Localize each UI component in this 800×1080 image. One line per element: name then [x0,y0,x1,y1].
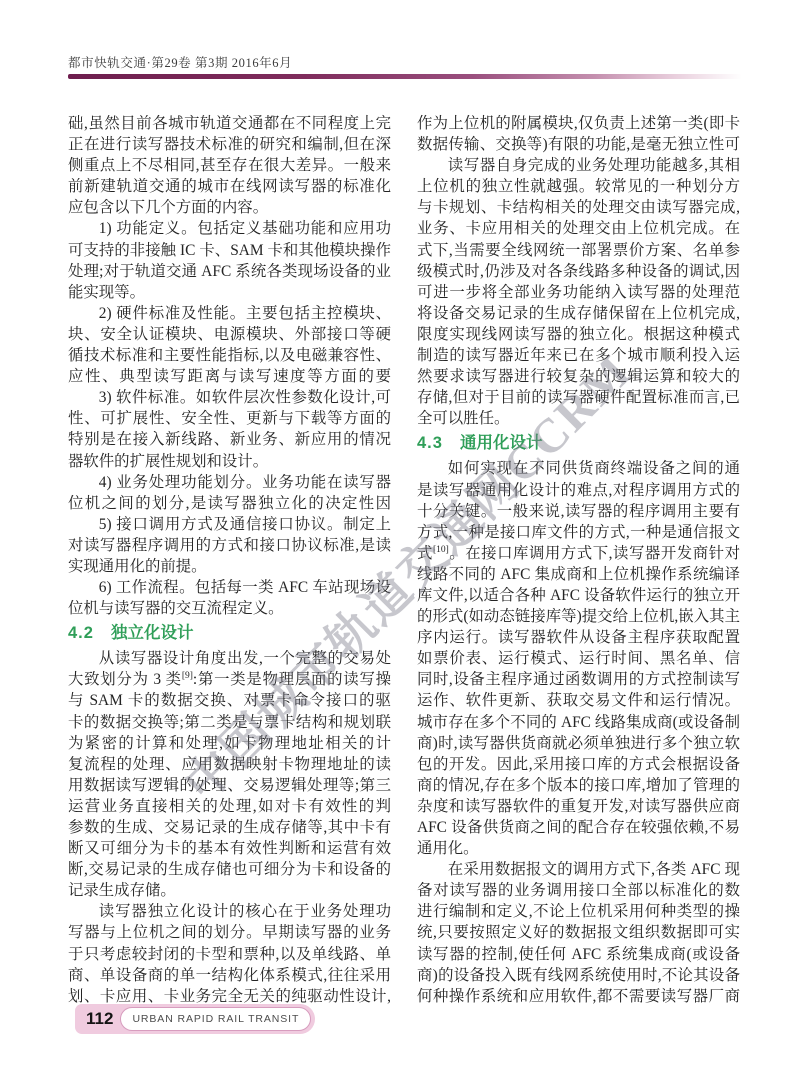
body-line: 将设备交易记录的生成存储保留在上位机完成,最大 [417,303,740,324]
body-line: 何种操作系统和应用软件,都不需要读写器厂商针对 [417,986,740,1007]
body-line: 性、可扩展性、安全性、更新与下载等方面的设计要求, [68,408,391,429]
header-rule [68,74,742,79]
body-line: 写器与上位机之间的划分。早期读写器的业务范围由 [68,922,391,943]
body-line: 限度实现线网读写器的独立化。根据这种模式设计、 [417,324,740,345]
body-line: 全可以胜任。 [417,408,740,429]
body-line: 制造的读写器近年来已在多个城市顺利投入运营,虽 [417,345,740,366]
body-line: 商)的设备投入既有线网系统使用时,不论其设备使用 [417,965,740,986]
body-line: 业务、卡应用相关的处理交由上位机完成。在这种方 [417,218,740,239]
body-line: 应包含以下几个方面的内容。 [68,197,391,218]
body-line: 断,交易记录的生成存储也可细分为卡和设备的交易 [68,859,391,880]
section-number: 4.2 [68,624,94,642]
body-line: 与卡规划、卡结构相关的处理交由读写器完成,将与卡 [417,197,740,218]
body-line: 然要求读写器进行较复杂的逻辑运算和较大的数据量 [417,366,740,387]
section-title: 通用化设计 [460,434,543,452]
body-line: 侧重点上不尽相同,甚至存在很大差异。一般来说,目 [68,155,391,176]
body-line: 对读写器程序调用的方式和接口协议标准,是读写器 [68,535,391,556]
body-line: 可支持的非接触 IC 卡、SAM 卡和其他模块操作及应用 [68,240,391,261]
body-line: 大致划分为 3 类[9]:第一类是物理层面的读写操作,如 [68,669,391,690]
body-line: 能实现等。 [68,282,391,303]
body-line: 与 SAM 卡的数据交换、对票卡命令接口的驱动、与票 [68,690,391,711]
body-line: 5) 接口调用方式及通信接口协议。制定上位机 [68,514,391,535]
body-line: 卡的数据交换等;第二类是与票卡结构和规划联系较 [68,712,391,733]
body-line: 为紧密的计算和处理,如卡物理地址相关的计算、卡恢 [68,733,391,754]
body-line: 4) 业务处理功能划分。业务功能在读写器与上 [68,472,391,493]
body-line: 如票价表、运行模式、运行时间、黑名单、信用许可等, [417,648,740,669]
body-line: 3) 软件标准。如软件层次性参数化设计,可移植 [68,387,391,408]
body-line: 2) 硬件标准及性能。主要包括主控模块、射频模 [68,303,391,324]
body-line: 是读写器通用化设计的难点,对程序调用方式的选择 [417,480,740,501]
body-line: 作为上位机的附属模块,仅负责上述第一类(即卡协议 [417,113,740,134]
body-line: 循技术标准和主要性能指标,以及电磁兼容性、环境适 [68,345,391,366]
body-line: 同时,设备主程序通过函数调用的方式控制读写器的 [417,669,740,690]
body-line: 商)时,读写器供货商就必须单独进行多个独立软件 [417,733,740,754]
body-line: 序内运行。读写器软件从设备主程序获取配置参数, [417,627,740,648]
body-line: 商的情况,存在多个版本的接口库,增加了管理的复 [417,775,740,796]
body-line: 商、单设备商的单一结构化体系模式,往往采用与卡规 [68,965,391,986]
body-line: 统,只要按照定义好的数据报文组织数据即可实现对 [417,922,740,943]
journal-header-line: 都市快轨交通·第29卷 第3期 2016年6月 [68,53,292,71]
body-line: 器软件的扩展性规划和设计。 [68,451,391,472]
body-line: 读写器独立化设计的核心在于业务处理功能在读 [68,901,391,922]
body-line: 正在进行读写器技术标准的研究和编制,但在深度和 [68,134,391,155]
body-line: 杂度和读写器软件的重复开发,对读写器供应商与 [417,796,740,817]
body-line: 的形式(如动态链接库等)提交给上位机,嵌入其主程 [417,606,740,627]
body-line: 运营业务直接相关的处理,如对卡有效性的判断、交易 [68,796,391,817]
body-line: 十分关键。一般来说,读写器的程序调用主要有两种 [417,501,740,522]
body-line: 位机之间的划分,是读写器独立化的决定性因素。 [68,493,391,514]
body-line: 通用化。 [417,838,740,859]
body-line: 应性、典型读写距离与读写速度等方面的要求。 [68,366,391,387]
body-line: 参数的生成、交易记录的生成存储等,其中卡有效性判 [68,817,391,838]
body-line: 前新建轨道交通的城市在线网读写器的标准化设计上 [68,176,391,197]
body-line: 数据传输、交换等)有限的功能,是毫无独立性可言的。 [417,134,740,155]
body-line: 特别是在接入新线路、新业务、新应用的情况下,读写 [68,429,391,450]
body-line: 进行编制和定义,不论上位机采用何种类型的操作系 [417,901,740,922]
section-number: 4.3 [417,434,443,452]
body-line: 1) 功能定义。包括定义基础功能和应用功能,如 [68,218,391,239]
body-line: 包的开发。因此,采用接口库的方式会根据设备供应 [417,754,740,775]
body-line: 处理;对于轨道交通 AFC 系统各类现场设备的业务功 [68,261,391,282]
body-line: 用数据读写逻辑的处理、交易逻辑处理等;第三类是与 [68,775,391,796]
body-line: 式下,当需要全线网统一部署票价方案、名单参数、降 [417,240,740,261]
body-line: AFC 设备供货商之间的配合存在较强依赖,不易实现 [417,817,740,838]
body-line: 城市存在多个不同的 AFC 线路集成商(或设备制造 [417,712,740,733]
body-line: 块、安全认证模块、电源模块、外部接口等硬件配置,遵 [68,324,391,345]
body-line: 读写器自身完成的业务处理功能越多,其相对于 [417,155,740,176]
body-line: 记录生成存储。 [68,880,391,901]
footer-page-badge: 112 URBAN RAPID RAIL TRANSIT [75,1004,315,1034]
body-line: 6) 工作流程。包括每一类 AFC 车站现场设备上 [68,577,391,598]
body-line: 库文件,以适合各种 AFC 设备软件运行的独立开发包 [417,585,740,606]
body-line: 复流程的处理、应用数据映射卡物理地址的读写、卡应 [68,754,391,775]
body-line: 础,虽然目前各城市轨道交通都在不同程度上完成或 [68,113,391,134]
page-number: 112 [86,1009,113,1029]
body-line: 从读写器设计角度出发,一个完整的交易处理可 [68,648,391,669]
body-line: 于只考虑较封闭的卡型和票种,以及单线路、单运营 [68,944,391,965]
column-right: 作为上位机的附属模块,仅负责上述第一类(即卡协议数据传输、交换等)有限的功能,是… [417,113,740,1007]
body-line: 备对读写器的业务调用接口全部以标准化的数据报文 [417,880,740,901]
body-line: 如何实现在不同供货商终端设备之间的通用互换 [417,458,740,479]
body-line: 方式,一种是接口库文件的方式,一种是通信报文的方 [417,522,740,543]
body-line: 线路不同的 AFC 集成商和上位机操作系统编译相应的 [417,564,740,585]
body-line: 断又可细分为卡的基本有效性判断和运营有效性判 [68,838,391,859]
body-line: 式[10]。在接口库调用方式下,读写器开发商针对每条 [417,543,740,564]
body-line: 实现通用化的前提。 [68,556,391,577]
section-heading: 4.3通用化设计 [417,431,740,456]
journal-name-en: URBAN RAPID RAIL TRANSIT [120,1007,311,1031]
body-line: 在采用数据报文的调用方式下,各类 AFC 现场设 [417,859,740,880]
journal-page: 都市快轨交通·第29卷 第3期 2016年6月 础,虽然目前各城市轨道交通都在不… [0,0,800,1080]
body-line: 存储,但对于目前的读写器硬件配置标准而言,已经完 [417,387,740,408]
column-left: 础,虽然目前各城市轨道交通都在不同程度上完成或正在进行读写器技术标准的研究和编制… [68,113,391,1007]
article-body: 础,虽然目前各城市轨道交通都在不同程度上完成或正在进行读写器技术标准的研究和编制… [68,113,740,1007]
body-line: 位机与读写器的交互流程定义。 [68,598,391,619]
body-line: 级模式时,仍涉及对各条线路多种设备的调试,因此, [417,261,740,282]
section-heading: 4.2独立化设计 [68,621,391,646]
body-line: 上位机的独立性就越强。较常见的一种划分方式是将 [417,176,740,197]
body-line: 读写器的控制,使任何 AFC 系统集成商(或设备制造 [417,944,740,965]
section-title: 独立化设计 [111,624,194,642]
body-line: 可进一步将全部业务功能纳入读写器的处理范围,仅 [417,282,740,303]
body-line: 运作、软件更新、获取交易文件和运行情况。当一个 [417,690,740,711]
